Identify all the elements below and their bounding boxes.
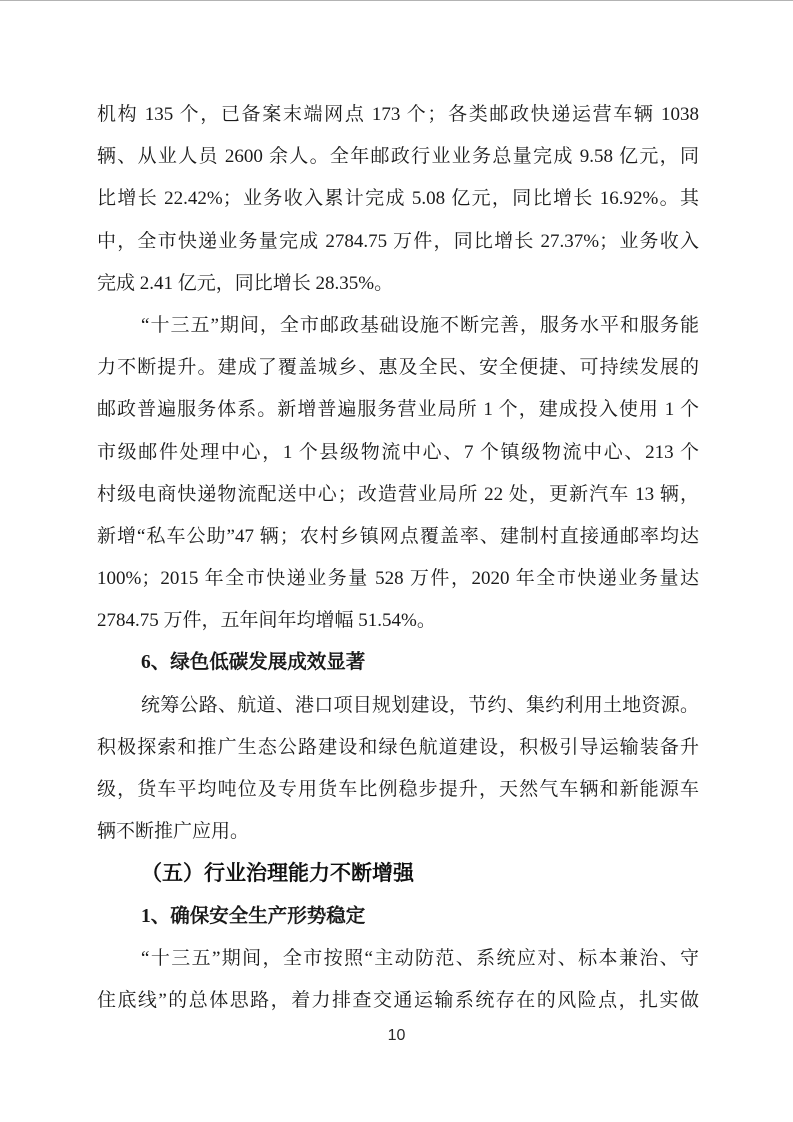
text-line: 完成 2.41 亿元，同比增长 28.35%。 bbox=[97, 263, 699, 305]
heading-safety-production: 1、确保安全生产形势稳定 bbox=[97, 896, 699, 938]
text-line: 市级邮件处理中心，1 个县级物流中心、7 个镇级物流中心、213 个 bbox=[97, 432, 699, 474]
heading-green-low-carbon: 6、绿色低碳发展成效显著 bbox=[97, 642, 699, 684]
text-line: 中，全市快递业务量完成 2784.75 万件，同比增长 27.37%；业务收入 bbox=[97, 221, 699, 263]
text-line: 新增“私车公助”47 辆；农村乡镇网点覆盖率、建制村直接通邮率均达 bbox=[97, 516, 699, 558]
text-line: “十三五”期间，全市邮政基础设施不断完善，服务水平和服务能 bbox=[97, 305, 699, 347]
text-line: “十三五”期间，全市按照“主动防范、系统应对、标本兼治、守 bbox=[97, 938, 699, 980]
page-body: 机构 135 个，已备案末端网点 173 个；各类邮政快递运营车辆 1038 辆… bbox=[0, 1, 793, 1022]
heading-section-five-governance: （五）行业治理能力不断增强 bbox=[97, 853, 699, 895]
text-line: 邮政普遍服务体系。新增普遍服务营业局所 1 个，建成投入使用 1 个 bbox=[97, 389, 699, 431]
page-number: 10 bbox=[0, 1027, 793, 1045]
text-line: 级，货车平均吨位及专用货车比例稳步提升，天然气车辆和新能源车 bbox=[97, 769, 699, 811]
text-line: 比增长 22.42%；业务收入累计完成 5.08 亿元，同比增长 16.92%。… bbox=[97, 178, 699, 220]
text-line: 统筹公路、航道、港口项目规划建设，节约、集约利用土地资源。 bbox=[97, 685, 699, 727]
text-line: 辆不断推广应用。 bbox=[97, 811, 699, 853]
text-line: 力不断提升。建成了覆盖城乡、惠及全民、安全便捷、可持续发展的 bbox=[97, 347, 699, 389]
text-line: 机构 135 个，已备案末端网点 173 个；各类邮政快递运营车辆 1038 bbox=[97, 94, 699, 136]
text-line: 住底线”的总体思路，着力排查交通运输系统存在的风险点，扎实做 bbox=[97, 980, 699, 1022]
text-line: 2784.75 万件，五年间年均增幅 51.54%。 bbox=[97, 600, 699, 642]
text-line: 100%；2015 年全市快递业务量 528 万件，2020 年全市快递业务量达 bbox=[97, 558, 699, 600]
text-line: 村级电商快递物流配送中心；改造营业局所 22 处，更新汽车 13 辆， bbox=[97, 474, 699, 516]
text-line: 积极探索和推广生态公路建设和绿色航道建设，积极引导运输装备升 bbox=[97, 727, 699, 769]
text-line: 辆、从业人员 2600 余人。全年邮政行业业务总量完成 9.58 亿元，同 bbox=[97, 136, 699, 178]
document-page: 机构 135 个，已备案末端网点 173 个；各类邮政快递运营车辆 1038 辆… bbox=[0, 0, 793, 1122]
